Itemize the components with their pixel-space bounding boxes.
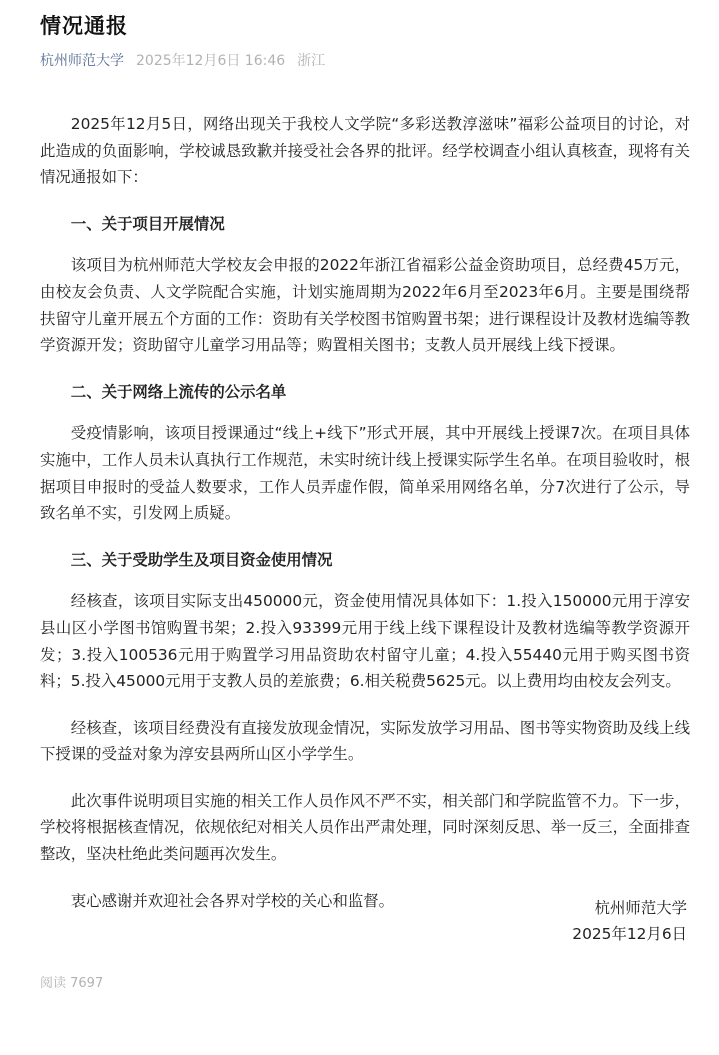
intro-paragraph: 2025年12月5日，网络出现关于我校人文学院“多彩送教淳滋味”福彩公益项目的讨… [40,111,690,191]
author-link[interactable]: 杭州师范大学 [40,53,124,69]
section-paragraph: 受疫情影响，该项目授课通过“线上+线下”形式开展，其中开展线上授课7次。在项目具… [40,420,690,526]
conclusion-paragraph: 此次事件说明项目实施的相关工作人员作风不严不实，相关部门和学院监管不力。下一步，… [40,788,690,868]
beneficiaries-paragraph: 经核查，该项目经费没有直接发放现金情况，实际发放学习用品、图书等实物资助及线上线… [40,715,690,768]
article-title: 情况通报 [40,12,128,40]
signature-org: 杭州师范大学 [572,895,687,921]
publish-time: 2025年12月6日 16:46 [136,53,285,69]
read-count: 阅读 7697 [40,975,103,993]
section-paragraph: 经核查，该项目实际支出450000元，资金使用情况具体如下：1.投入150000… [40,588,690,694]
section-heading: 三、关于受助学生及项目资金使用情况 [40,547,690,574]
article-body: 2025年12月5日，网络出现关于我校人文学院“多彩送教淳滋味”福彩公益项目的讨… [40,111,690,914]
article-meta: 杭州师范大学2025年12月6日 16:46浙江 [40,51,325,71]
signature-date: 2025年12月6日 [572,921,687,947]
section-heading: 一、关于项目开展情况 [40,211,690,238]
signature-block: 杭州师范大学 2025年12月6日 [572,895,687,947]
section-paragraph: 该项目为杭州师范大学校友会申报的2022年浙江省福彩公益金资助项目，总经费45万… [40,252,690,358]
publish-location: 浙江 [297,53,325,69]
section-heading: 二、关于网络上流传的公示名单 [40,379,690,406]
